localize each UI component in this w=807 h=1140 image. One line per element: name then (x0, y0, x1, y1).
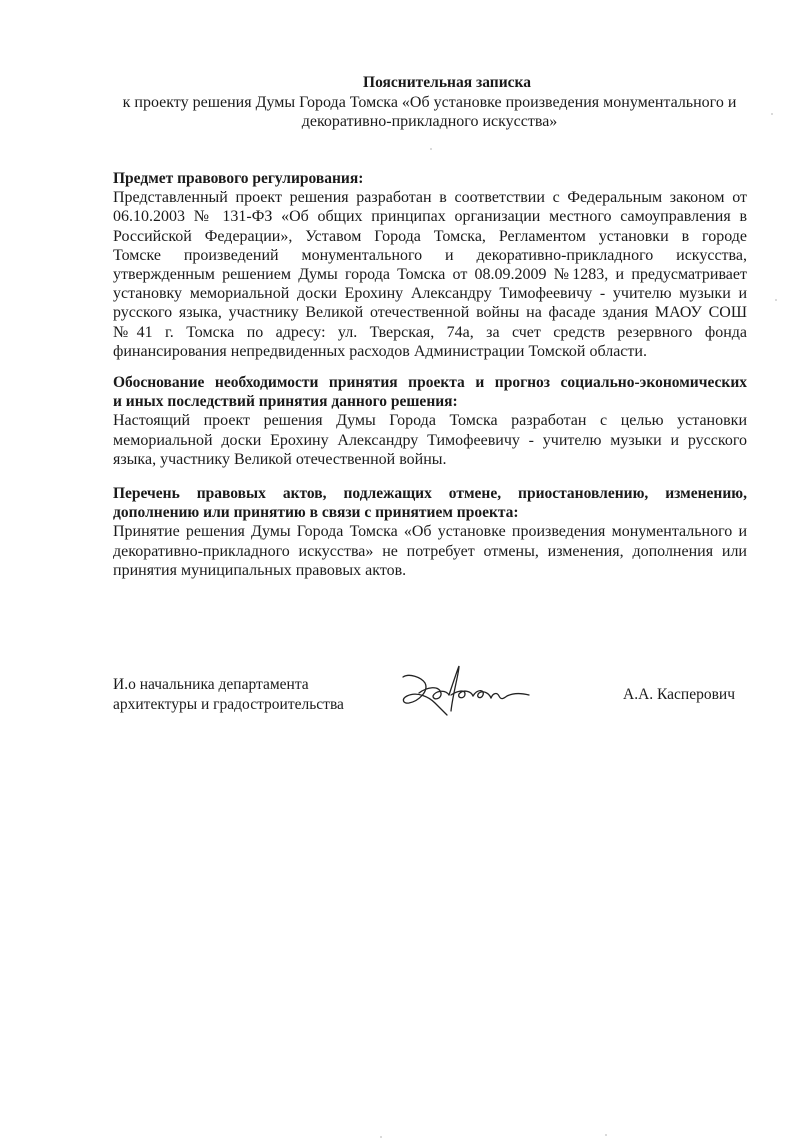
scan-speck (771, 113, 773, 115)
body-line: установку мемориальной доски Ерохину Але… (113, 284, 747, 303)
signatory-name: А.А. Касперович (623, 685, 735, 705)
body-line: Томске произведений монументального и де… (113, 246, 747, 265)
section-heading: дополнению или принятию в связи с принят… (113, 503, 747, 522)
section-legal-acts-list: Перечень правовых актов, подлежащих отме… (113, 484, 747, 580)
body-line: декоративно-прикладного искусства» не по… (113, 542, 747, 561)
subtitle-line: к проекту решения Думы Города Томска «Об… (113, 93, 746, 112)
body-line: Представленный проект решения разработан… (113, 188, 747, 207)
scan-speck (430, 148, 432, 150)
document-page: Пояснительная записка к проекту решения … (0, 0, 807, 1140)
body-line: русского языка, участнику Великой отечес… (113, 303, 747, 322)
section-justification: Обоснование необходимости принятия проек… (113, 373, 747, 469)
scan-speck (775, 299, 777, 301)
document-title: Пояснительная записка (0, 73, 807, 92)
position-line: И.о начальника департамента (113, 675, 344, 695)
body-line: Российской Федерации», Уставом Города То… (113, 227, 747, 246)
handwritten-signature-icon (395, 663, 535, 718)
body-line: №41 г. Томска по адресу: ул. Тверская, 7… (113, 323, 747, 342)
subtitle-line: декоративно-прикладного искусства» (113, 112, 746, 131)
body-line: финансирования непредвиденных расходов А… (113, 342, 747, 361)
scan-speck (605, 1134, 607, 1136)
position-line: архитектуры и градостроительства (113, 695, 344, 715)
section-heading: Обоснование необходимости принятия проек… (113, 373, 747, 392)
section-heading: Предмет правового регулирования: (113, 169, 747, 188)
scan-speck (380, 1136, 382, 1138)
body-line: Принятие решения Думы Города Томска «Об … (113, 522, 747, 541)
section-heading: и иных последствий принятия данного реше… (113, 392, 747, 411)
body-line: языка, участнику Великой отечественной в… (113, 450, 747, 469)
body-line: принятия муниципальных правовых актов. (113, 561, 747, 580)
signatory-position: И.о начальника департамента архитектуры … (113, 675, 344, 715)
body-line: утвержденным решением Думы города Томска… (113, 265, 747, 284)
body-line: мемориальной доски Ерохину Александру Ти… (113, 431, 747, 450)
body-line: Настоящий проект решения Думы Города Том… (113, 411, 747, 430)
section-legal-regulation: Предмет правового регулирования: Предста… (113, 169, 747, 361)
section-heading: Перечень правовых актов, подлежащих отме… (113, 484, 747, 503)
document-subtitle: к проекту решения Думы Города Томска «Об… (113, 93, 746, 131)
body-line: 06.10.2003 № 131-ФЗ «Об общих принципах … (113, 207, 747, 226)
